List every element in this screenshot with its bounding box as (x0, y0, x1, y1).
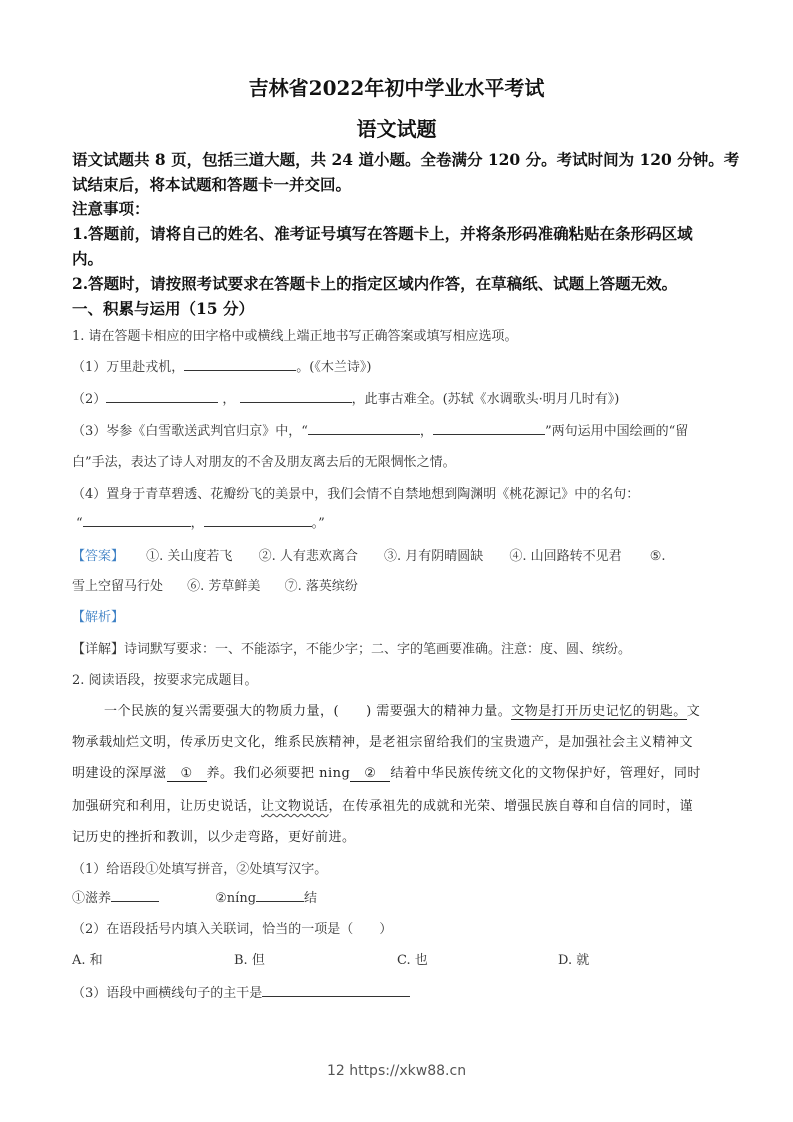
answer-1: ①. 关山度若飞 (146, 549, 232, 564)
answer-blank (262, 982, 410, 997)
q1-item-3-text: （3）岑参《白雪歌送武判官归京》中，“ (72, 424, 308, 439)
q1-item-3-line-2: 白”手法，表达了诗人对朋友的不舍及朋友离去后的无限惆怅之情。 (72, 451, 456, 470)
intro-line-2: 试结束后，将本试题和答题卡一并交回。 (72, 173, 351, 195)
option-d: D. 就 (558, 949, 589, 968)
passage-text: 结着中华民族传统文化的文物保护好，管理好，同时 (390, 766, 701, 781)
q2-sub-3: （3）语段中画横线句子的主干是 (72, 982, 410, 1001)
q1-item-4: （4）置身于青草碧透、花瓣纷飞的美景中，我们会情不自禁地想到陶渊明《桃花源记》中… (72, 483, 639, 502)
passage-line-1: 一个民族的复兴需要强大的物质力量，( ) 需要强大的精神力量。文物是打开历史记忆… (104, 700, 700, 719)
answer-blank (204, 512, 312, 527)
answer-4: ④. 山回路转不见君 (509, 549, 621, 564)
answer-2: ②. 人有悲欢离合 (259, 549, 358, 564)
blank-2: ② (350, 766, 390, 782)
passage-text: 文 (687, 704, 701, 719)
intro-line-1: 语文试题共 8 页，包括三道大题，共 24 道小题。全卷满分 120 分。考试时… (72, 148, 739, 170)
q1-item-3-text-end: ”两句运用中国绘画的“留 (545, 424, 688, 439)
wavy-underlined-phrase: 让文物说话 (261, 799, 329, 814)
answer-5-marker: ⑤. (650, 549, 666, 564)
answer-blank (184, 356, 296, 371)
sub-1-b-suffix: 结 (304, 891, 317, 906)
underlined-sentence: 文物是打开历史记忆的钥匙。 (511, 704, 687, 720)
passage-text: 明建设的深厚滋 (72, 766, 167, 781)
passage-line-4: 加强研究和利用，让历史说话，让文物说话，在传承祖先的成就和光荣、增强民族自尊和自… (72, 795, 693, 814)
sub-1-a-label: ①滋养 (72, 891, 111, 906)
answer-row-2: 雪上空留马行处 ⑥. 芳草鲜美 ⑦. 落英缤纷 (72, 575, 358, 594)
answer-5: 雪上空留马行处 (72, 579, 163, 594)
page-footer: 12 https://xkw88.cn (0, 1063, 793, 1079)
answer-blank (308, 420, 420, 435)
analysis-label: 【解析】 (72, 606, 124, 625)
passage-text: 加强研究和利用，让历史说话， (72, 799, 261, 814)
q1-prompt: 1. 请在答题卡相应的田字格中或横线上端正地书写正确答案或填写相应选项。 (72, 325, 518, 344)
passage-text: 养。我们必须要把 ning (207, 766, 351, 781)
q1-item-1: （1）万里赴戎机，。(《木兰诗》) (72, 356, 371, 375)
answer-blank (256, 887, 304, 902)
page-subtitle: 语文试题 (0, 113, 793, 142)
passage-line-2: 物承载灿烂文明，传承历史文化，维系民族精神，是老祖宗留给我们的宝贵遗产，是加强社… (72, 731, 693, 750)
q2-sub-2-prompt: （2）在语段括号内填入关联词，恰当的一项是（ ） (72, 918, 392, 937)
notice-2: 2.答题时，请按照考试要求在答题卡上的指定区域内作答，在草稿纸、试题上答题无效。 (72, 272, 677, 294)
quote-close: 。” (312, 516, 325, 531)
notice-1-line-2: 内。 (72, 247, 103, 269)
answer-label: 【答案】 (72, 549, 124, 564)
comma: ， (420, 424, 433, 439)
exam-page: 吉林省2022年初中学业水平考试 语文试题 语文试题共 8 页，包括三道大题，共… (0, 0, 793, 1122)
q2-sub-1-prompt: （1）给语段①处填写拼音，②处填写汉字。 (72, 858, 327, 877)
notice-heading: 注意事项： (72, 197, 150, 219)
answer-blank (111, 887, 159, 902)
q1-item-4-blanks: “，。” (76, 512, 325, 531)
quote-open: “ (76, 516, 83, 531)
answer-7: ⑦. 落英缤纷 (285, 579, 358, 594)
section-1-heading: 一、积累与运用（15 分） (72, 297, 254, 319)
q1-item-2: （2） ， ，此事古难全。(苏轼《水调歌头·明月几时有》) (72, 388, 619, 407)
q1-item-3: （3）岑参《白雪歌送武判官归京》中，“，”两句运用中国绘画的“留 (72, 420, 688, 439)
answer-blank (240, 388, 352, 403)
option-a: A. 和 (72, 949, 103, 968)
answer-row-1: 【答案】 ①. 关山度若飞 ②. 人有悲欢离合 ③. 月有阴晴圆缺 ④. 山回路… (72, 545, 666, 564)
passage-line-5: 记历史的挫折和教训，以少走弯路，更好前进。 (72, 826, 356, 845)
answer-6: ⑥. 芳草鲜美 (187, 579, 260, 594)
comma: ， (222, 392, 235, 407)
detail-explanation: 【详解】诗词默写要求：一、不能添字，不能少字；二、字的笔画要准确。注意：度、圆、… (72, 638, 631, 657)
passage-line-3: 明建设的深厚滋①养。我们必须要把 ning②结着中华民族传统文化的文物保护好，管… (72, 762, 701, 782)
answer-3: ③. 月有阴晴圆缺 (384, 549, 483, 564)
answer-blank (433, 420, 545, 435)
q2-sub-1-answers: ①滋养 ②níng结 (72, 887, 317, 906)
answer-blank (106, 388, 218, 403)
q1-item-1-text: （1）万里赴戎机， (72, 360, 184, 375)
option-c: C. 也 (397, 949, 428, 968)
sub-1-b-label: ②níng (215, 891, 256, 906)
q2-prompt: 2. 阅读语段，按要求完成题目。 (72, 669, 258, 688)
answer-blank (83, 512, 191, 527)
q1-item-2-label: （2） (72, 392, 106, 407)
option-b: B. 但 (234, 949, 265, 968)
q1-item-2-source: ，此事古难全。(苏轼《水调歌头·明月几时有》) (352, 392, 620, 407)
blank-1: ① (167, 766, 207, 782)
q2-sub-3-prompt: （3）语段中画横线句子的主干是 (72, 986, 262, 1001)
page-title: 吉林省2022年初中学业水平考试 (0, 72, 793, 101)
passage-text: ，在传承祖先的成就和光荣、增强民族自尊和自信的同时，谨 (329, 799, 694, 814)
q1-item-1-source: 。(《木兰诗》) (296, 360, 371, 375)
notice-1-line-1: 1.答题前，请将自己的姓名、准考证号填写在答题卡上，并将条形码准确粘贴在条形码区… (72, 222, 693, 244)
comma: ， (191, 516, 204, 531)
passage-text: 一个民族的复兴需要强大的物质力量，( ) 需要强大的精神力量。 (104, 704, 511, 719)
